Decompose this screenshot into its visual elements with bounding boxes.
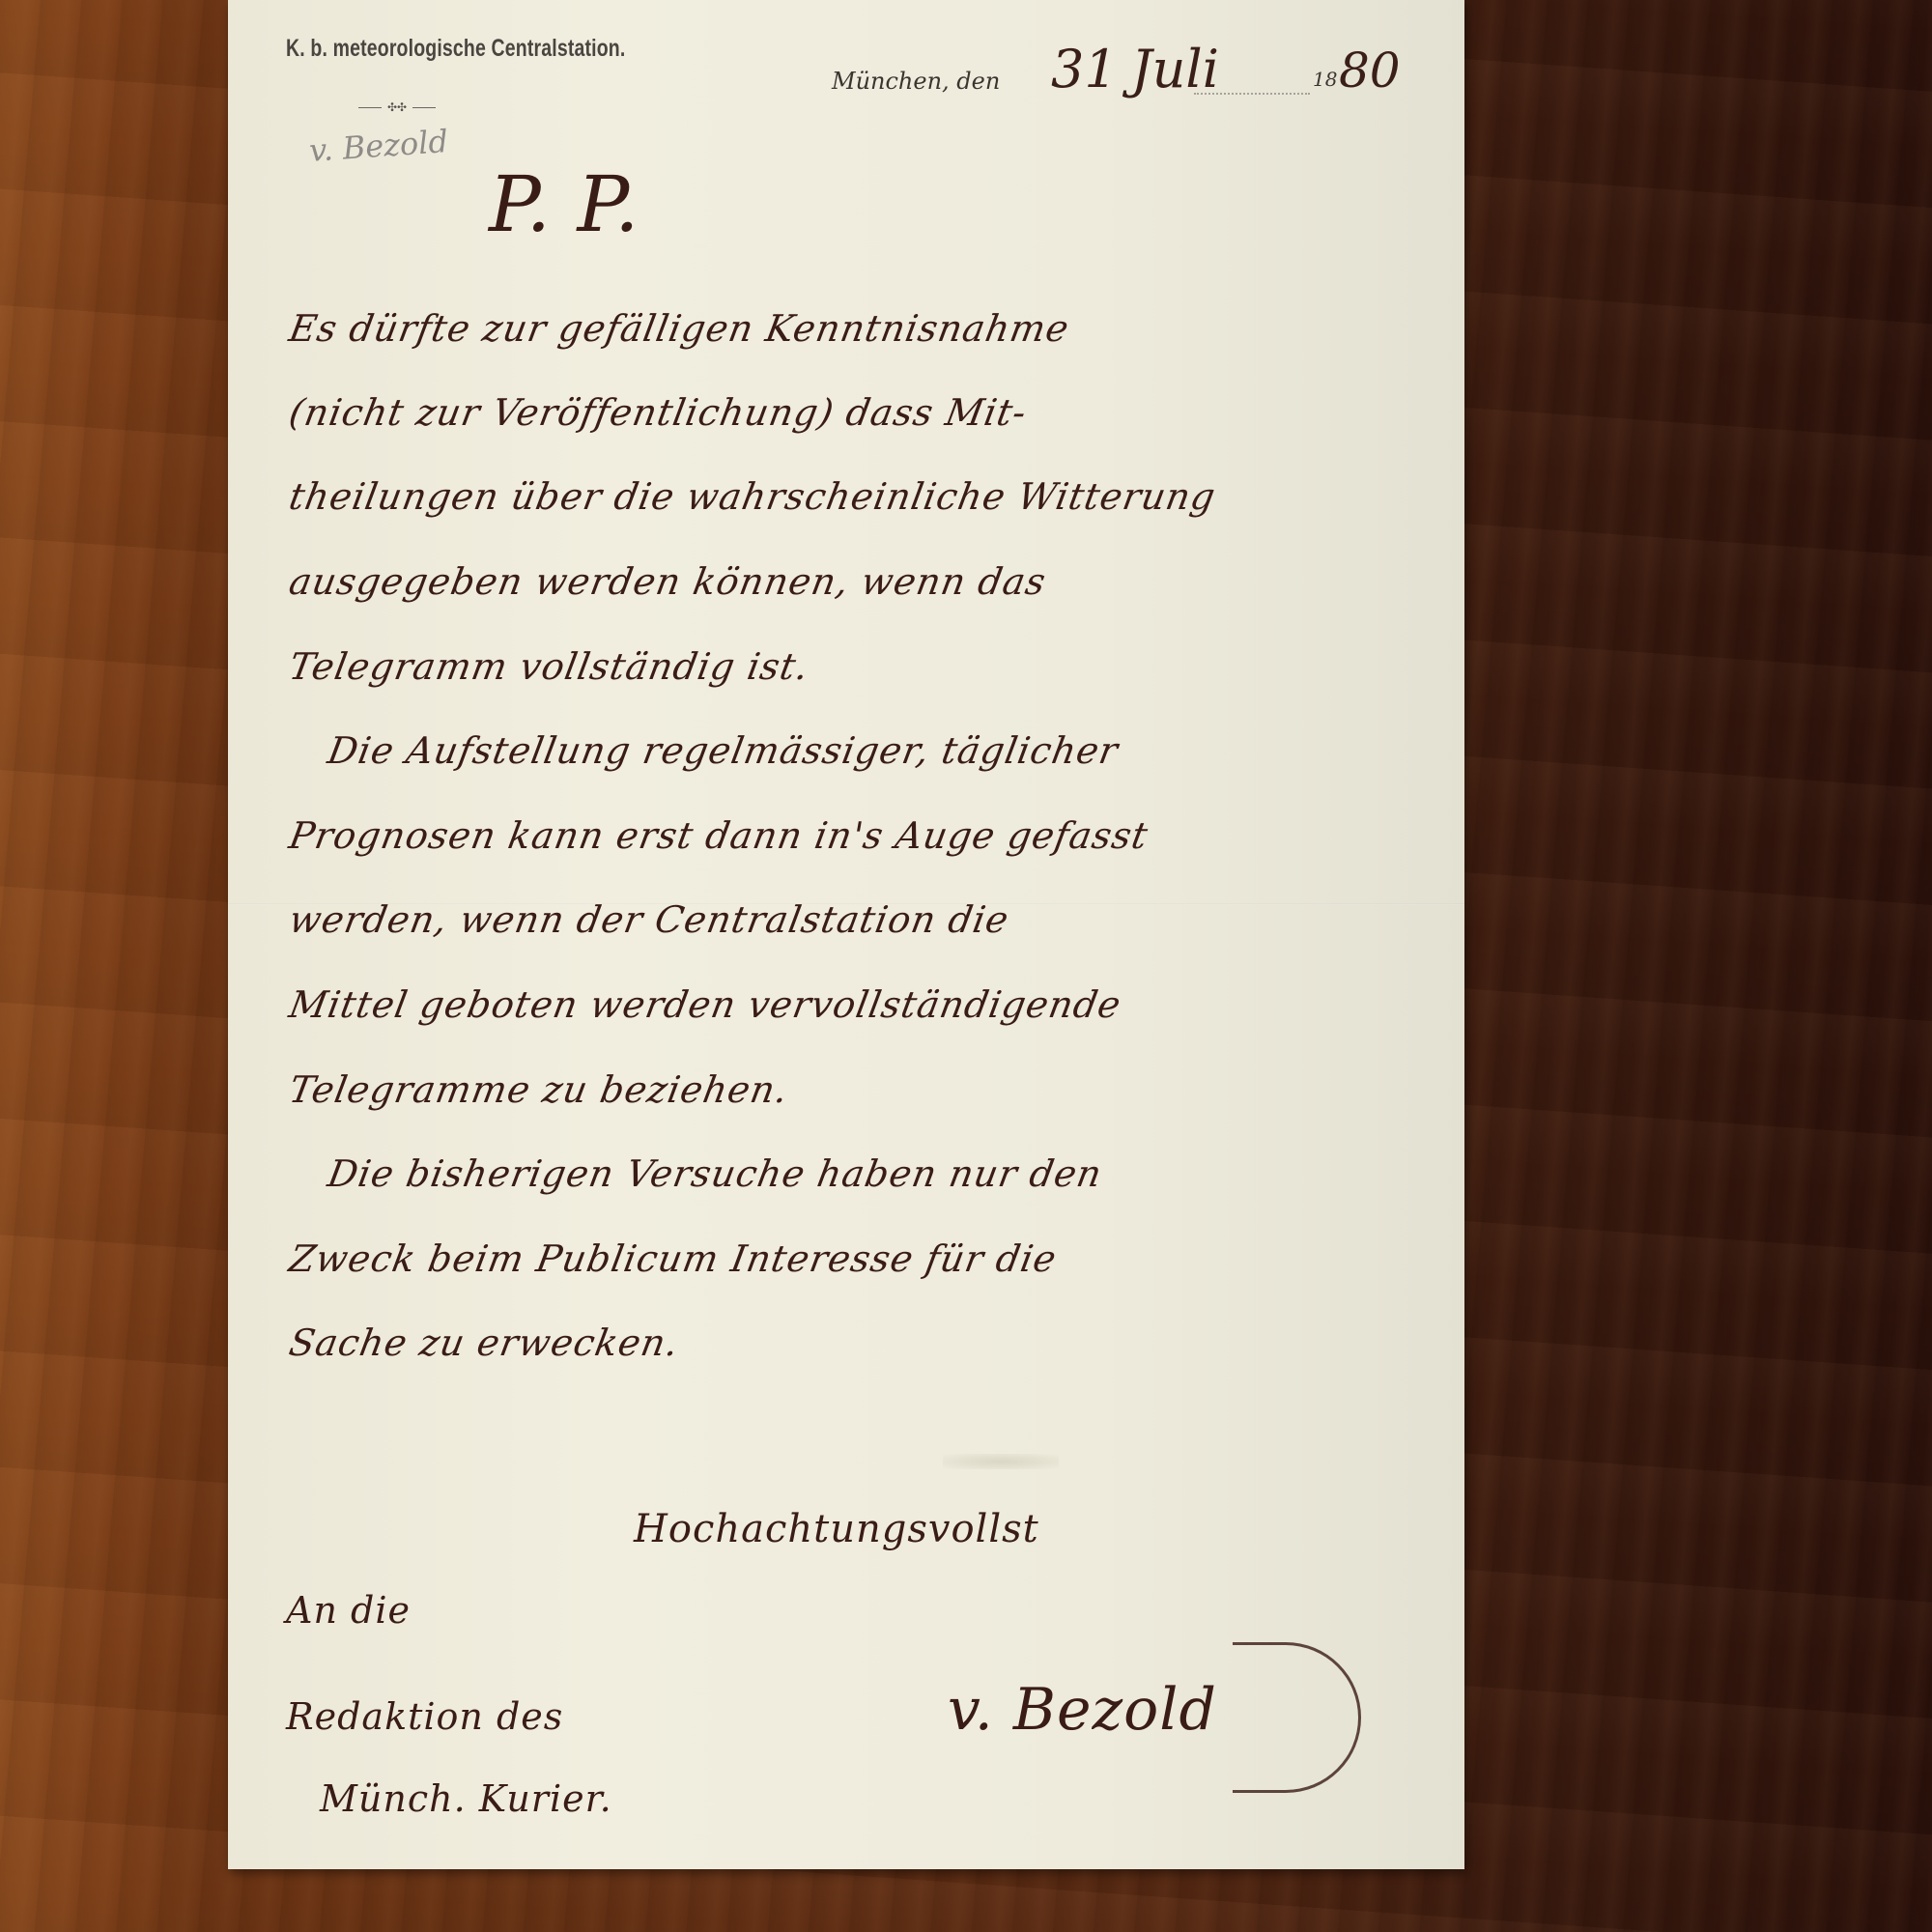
date-month: Juli [1131, 39, 1219, 99]
body-line: Mittel geboten werden vervollständigende [286, 983, 1124, 1026]
paper-stain [943, 1454, 1059, 1469]
body-line: Prognosen kann erst dann in's Auge gefas… [286, 814, 1151, 857]
body-line: ausgegeben werden können, wenn das [286, 560, 1049, 603]
body-line: Die bisherigen Versuche haben nur den [325, 1152, 1105, 1195]
addressee-line: An die [286, 1589, 411, 1632]
letter-sheet: K. b. meteorologische Centralstation. ✣✣… [228, 0, 1464, 1869]
salutation: P. P. [489, 159, 640, 249]
place-line: München, den [832, 68, 1000, 95]
date-day: 31 [1051, 39, 1118, 99]
body-line: Sache zu erwecken. [286, 1321, 682, 1364]
body-line: Die Aufstellung regelmässiger, täglicher [325, 729, 1122, 772]
date-year: 80 [1339, 43, 1401, 99]
body-line: werden, wenn der Centralstation die [286, 898, 1012, 941]
addressee-line: Münch. Kurier. [320, 1777, 612, 1820]
date-century-printed: 18 [1313, 68, 1337, 91]
body-line: theilungen über die wahrscheinliche Witt… [286, 475, 1219, 518]
body-line: Telegramme zu beziehen. [286, 1068, 792, 1111]
body-line: Es dürfte zur gefälligen Kenntnisnahme [286, 307, 1072, 350]
body-line: Telegramm vollständig ist. [286, 645, 812, 688]
ornament-divider-icon: ✣✣ [358, 100, 436, 114]
addressee-line: Redaktion des [286, 1695, 563, 1738]
signature: v. Bezold [948, 1676, 1217, 1744]
body-line: (nicht zur Veröffentlichung) dass Mit- [286, 391, 1030, 434]
archive-pencil-note: v. Bezold [308, 123, 449, 169]
closing-phrase: Hochachtungsvollst [634, 1507, 1039, 1551]
letterhead: K. b. meteorologische Centralstation. [286, 35, 625, 63]
body-line: Zweck beim Publicum Interesse für die [286, 1237, 1060, 1280]
signature-flourish [1233, 1642, 1361, 1793]
